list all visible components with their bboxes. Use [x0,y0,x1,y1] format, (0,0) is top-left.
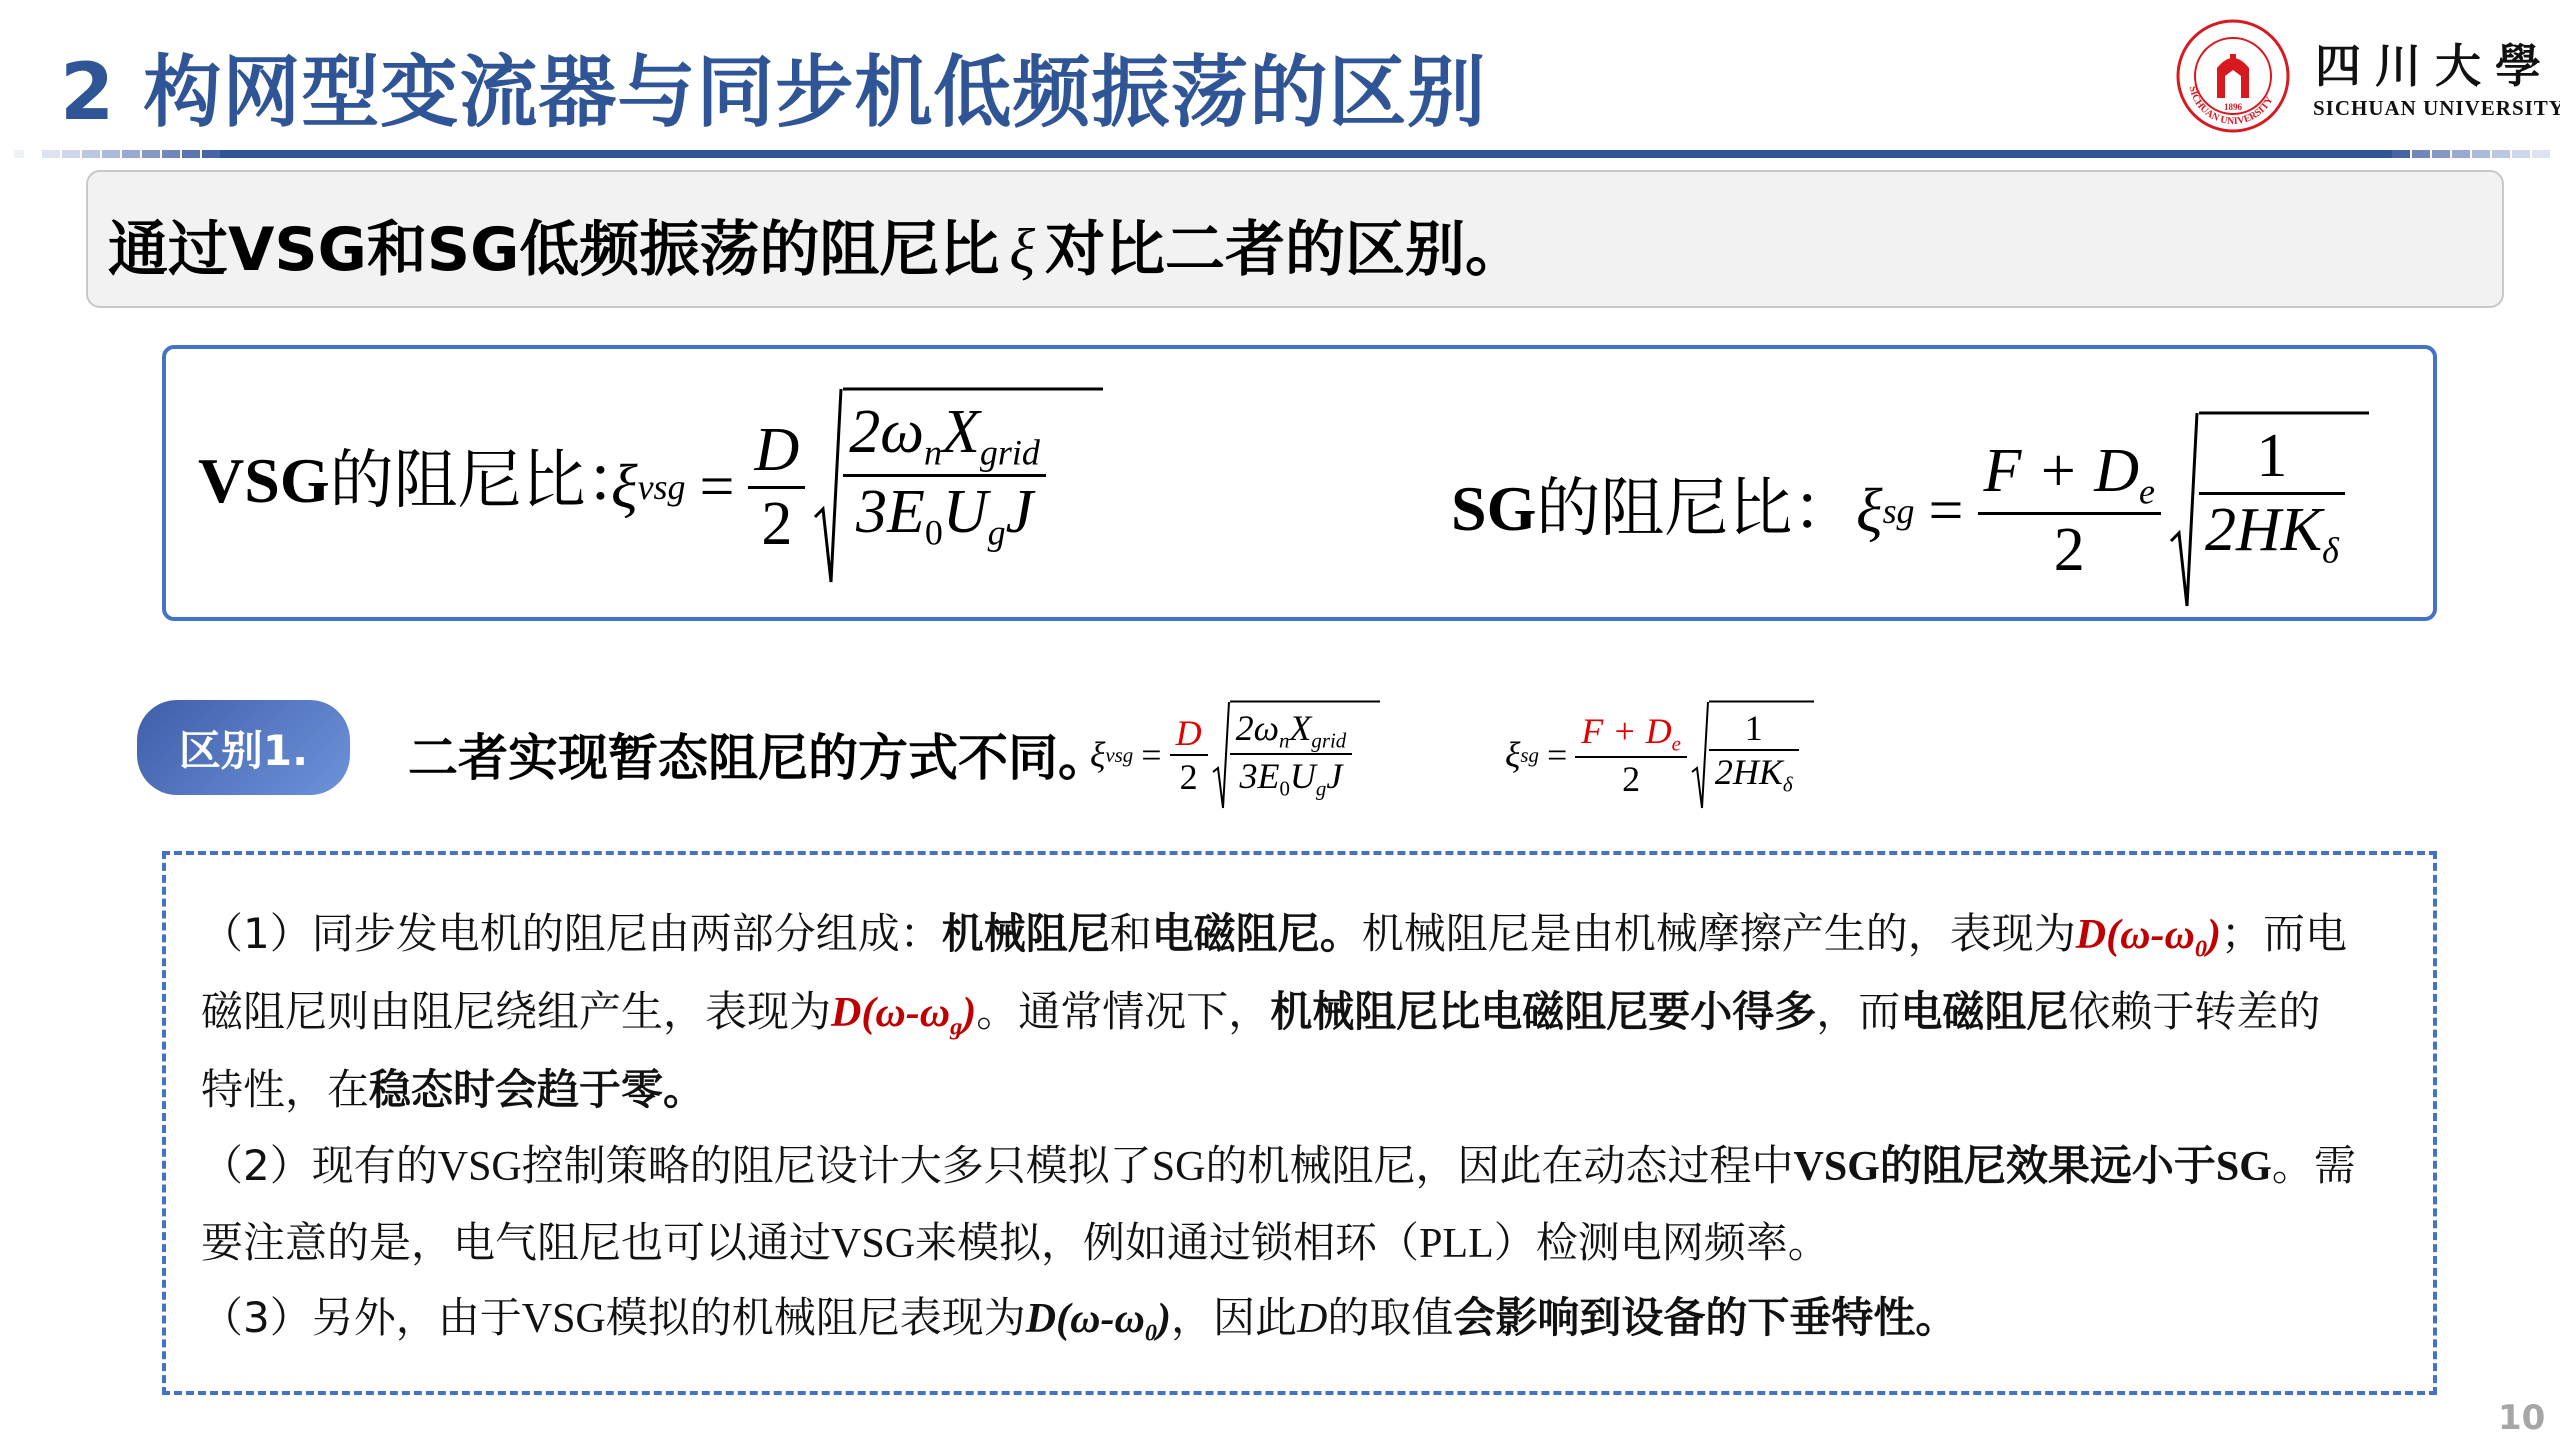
difference-1-statement: 二者实现暂态阻尼的方式不同。 [408,718,1108,790]
para-2-line-1: （2）现有的VSG控制策略的阻尼设计大多只模拟了SG的机械阻尼，因此在动态过程中… [201,1145,2356,1188]
summary-banner: 通过VSG和SG低频振荡的阻尼比ξ对比二者的区别。 [86,170,2504,308]
summary-text: 通过VSG和SG低频振荡的阻尼比ξ对比二者的区别。 [108,202,1525,288]
explanation-box: （1）同步发电机的阻尼由两部分组成：机械阻尼和电磁阻尼。机械阻尼是由机械摩擦产生… [162,851,2437,1395]
university-seal-icon: 1896 SICHUAN UNIVERSITY [2175,18,2291,134]
para-3-line-1: （3）另外，由于VSG模拟的机械阻尼表现为D(ω-ω0)，因此D的取值会影响到设… [201,1297,1957,1346]
university-logo: 1896 SICHUAN UNIVERSITY 四川大學 SICHUAN UNI… [2175,18,2555,143]
sqrt-icon [1691,700,1709,810]
page-number: 10 [2498,1398,2545,1438]
sg-damping-formula: ξsg = F + De2 1 2HKδ [1856,401,2369,621]
difference-1-badge: 区别1. [137,700,350,795]
vsg-damping-formula: ξvsg = D2 2ωnXgrid 3E0UgJ [611,377,1103,597]
university-name-en: SICHUAN UNIVERSITY [2313,96,2560,121]
vsg-formula-label: VSG的阻尼比： [198,429,650,521]
slide-title: 2 构网型变流器与同步机低频振荡的区别 [60,30,1486,142]
sqrt-icon [813,387,843,587]
vsg-formula-small: ξvsg = D2 2ωnXgrid 3E0UgJ [1090,695,1380,815]
sg-formula-small: ξsg = F + De2 1 2HKδ [1505,695,1814,815]
title-divider-bar [14,150,2550,158]
svg-text:1896: 1896 [2224,102,2243,112]
sqrt-icon [2169,411,2199,611]
para-1-line-1: （1）同步发电机的阻尼由两部分组成：机械阻尼和电磁阻尼。机械阻尼是由机械摩擦产生… [201,913,2347,962]
para-2-line-2: 要注意的是，电气阻尼也可以通过VSG来模拟，例如通过锁相环（PLL）检测电网频率… [201,1222,1830,1265]
sg-formula-label: SG的阻尼比： [1451,457,1856,549]
sqrt-icon [1212,700,1230,810]
para-1-line-3: 特性，在稳态时会趋于零。 [201,1069,705,1111]
damping-ratio-formula-box: VSG的阻尼比： ξvsg = D2 2ωnXgrid 3E0UgJ SG的阻尼… [162,345,2437,621]
university-name-cn: 四川大學 [2315,30,2555,96]
para-1-line-2: 磁阻尼则由阻尼绕组产生，表现为D(ω-ωg)。通常情况下，机械阻尼比电磁阻尼要小… [201,991,2320,1040]
